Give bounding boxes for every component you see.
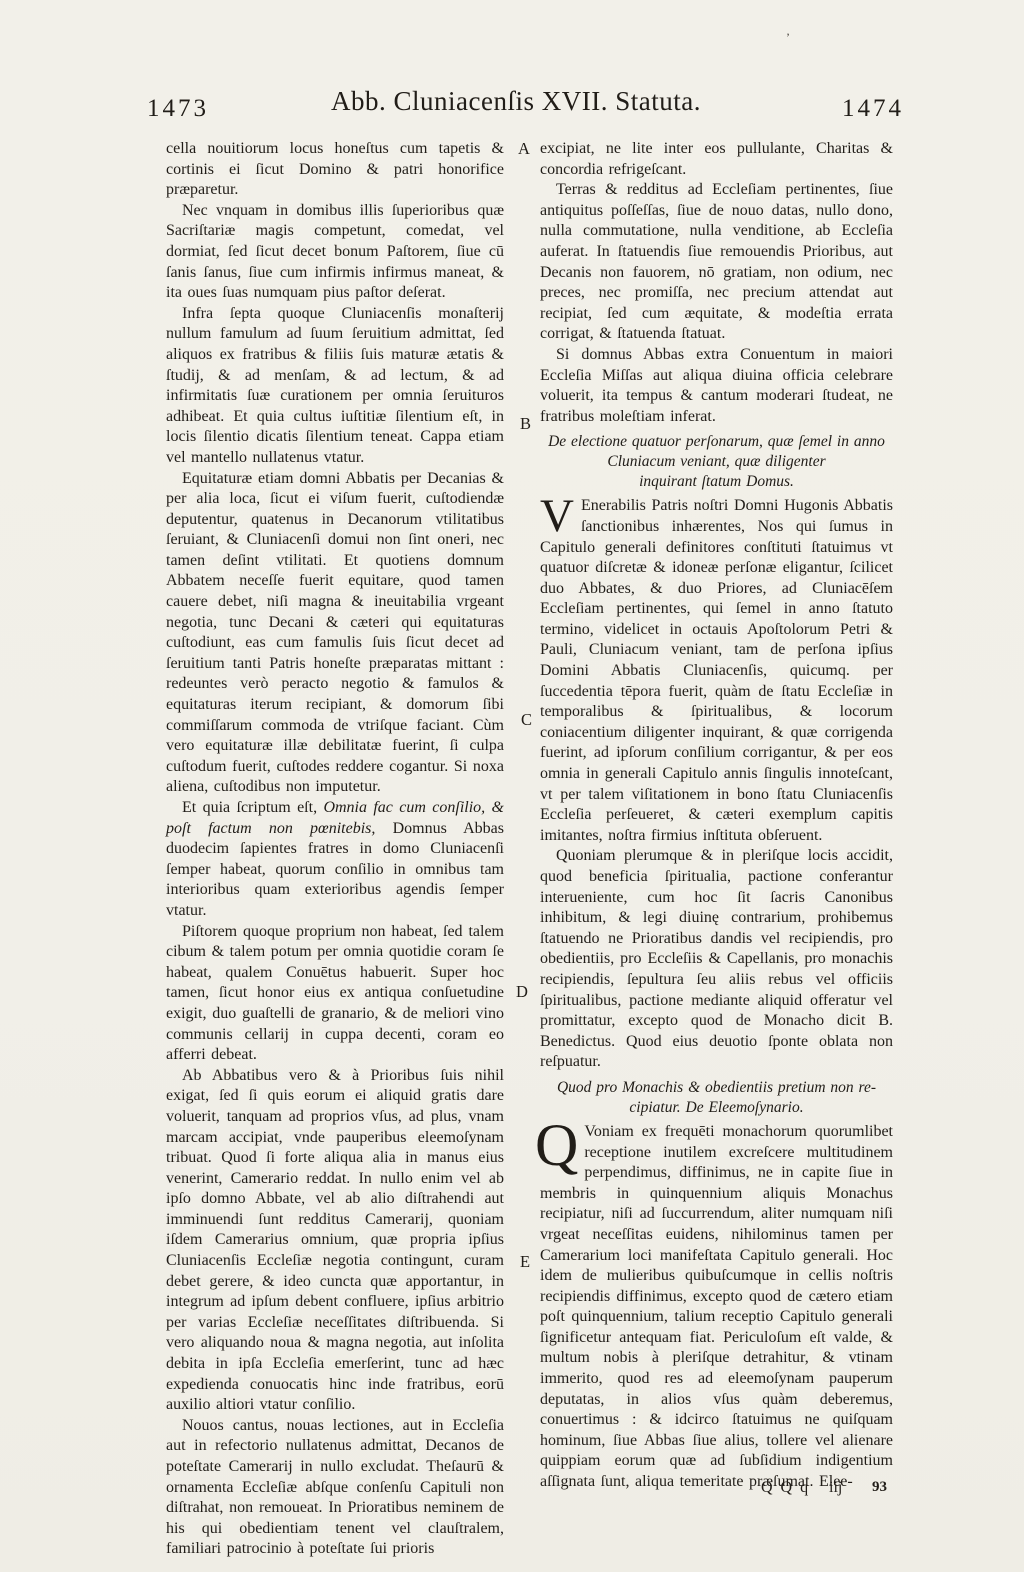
body-text: Enerabilis Patris noſtri Domni Hugonis A… xyxy=(540,497,893,844)
text-column-left: cella nouitiorum locus honeſtus cum tape… xyxy=(166,139,504,1560)
scan-speck: ’ xyxy=(786,30,790,45)
margin-section-letter: B xyxy=(520,414,531,434)
text-column-right: excipiat, ne lite inter eos pullulante, … xyxy=(540,139,893,1493)
drop-cap-initial: V xyxy=(540,496,581,535)
paragraph: Quoniam plerumque & in pleriſque locis a… xyxy=(540,846,893,1073)
margin-section-letter: A xyxy=(518,139,530,159)
page-number-left: 1473 xyxy=(147,95,209,123)
drop-cap-initial: Q xyxy=(535,1122,584,1166)
paragraph: QVoniam ex frequēti monachorum quorumlib… xyxy=(540,1122,893,1493)
heading-line: De electione quatuor perſonarum, quæ ſem… xyxy=(540,432,893,452)
margin-section-letter: E xyxy=(520,1252,530,1272)
body-text: Quoniam plerumque & in pleriſque locis a… xyxy=(540,847,893,1070)
sheet-number: 93 xyxy=(872,1479,887,1496)
paragraph: Equitaturæ etiam domni Abbatis per Decan… xyxy=(166,469,504,799)
body-text: Terras & redditus ad Eccleſiam pertinent… xyxy=(540,181,893,342)
paragraph: VEnerabilis Patris noſtri Domni Hugonis … xyxy=(540,496,893,846)
paragraph: Terras & redditus ad Eccleſiam pertinent… xyxy=(540,180,893,345)
paragraph: Et quia ſcriptum eſt, Omnia fac cum conſ… xyxy=(166,798,504,922)
paragraph: Infra ſepta quoque Cluniacenſis monaſter… xyxy=(166,304,504,469)
margin-section-letter: C xyxy=(521,710,532,730)
body-text: Et quia ſcriptum eſt, xyxy=(182,799,323,816)
section-heading: Quod pro Monachis & obedientiis pretium … xyxy=(540,1078,893,1118)
heading-line: cipiatur. De Eleemoſynario. xyxy=(540,1098,893,1118)
signature-line: Q Q q iij 93 xyxy=(540,1479,893,1501)
section-heading: De electione quatuor perſonarum, quæ ſem… xyxy=(540,432,893,492)
page-number-right: 1474 xyxy=(842,95,904,123)
heading-line: Quod pro Monachis & obedientiis pretium … xyxy=(540,1078,893,1098)
paragraph: Ab Abbatibus vero & à Prioribus ſuis nih… xyxy=(166,1066,504,1416)
margin-section-letter: D xyxy=(516,982,528,1002)
paragraph: cella nouitiorum locus honeſtus cum tape… xyxy=(166,139,504,201)
page-title: Abb. Cluniacenſis XVII. Statuta. xyxy=(331,86,701,117)
paragraph: excipiat, ne lite inter eos pullulante, … xyxy=(540,139,893,180)
body-text: cella nouitiorum locus honeſtus cum tape… xyxy=(166,140,504,198)
leaf-signature: iij xyxy=(829,1479,842,1497)
body-text: Infra ſepta quoque Cluniacenſis monaſter… xyxy=(166,305,504,466)
body-text: Nouos cantus, nouas lectiones, aut in Ec… xyxy=(166,1417,504,1558)
body-text: excipiat, ne lite inter eos pullulante, … xyxy=(540,140,893,178)
book-page-scan: 1473 Abb. Cluniacenſis XVII. Statuta. 14… xyxy=(0,0,1024,1572)
paragraph: Nouos cantus, nouas lectiones, aut in Ec… xyxy=(166,1416,504,1560)
heading-line: Cluniacum veniant, quæ diligenter xyxy=(540,452,893,472)
body-text: Ab Abbatibus vero & à Prioribus ſuis nih… xyxy=(166,1067,504,1414)
body-text: Piſtorem quoque proprium non habeat, ſed… xyxy=(166,923,504,1064)
body-text: Si domnus Abbas extra Conuentum in maior… xyxy=(540,346,893,425)
heading-line: inquirant ſtatum Domus. xyxy=(540,472,893,492)
gathering-signature: Q Q q xyxy=(761,1479,810,1497)
body-text: Nec vnquam in domibus illis ſuperioribus… xyxy=(166,202,504,301)
body-text: Equitaturæ etiam domni Abbatis per Decan… xyxy=(166,470,504,796)
paragraph: Si domnus Abbas extra Conuentum in maior… xyxy=(540,345,893,427)
body-text: Voniam ex frequēti monachorum quorumlibe… xyxy=(540,1123,893,1490)
paragraph: Piſtorem quoque proprium non habeat, ſed… xyxy=(166,922,504,1066)
paragraph: Nec vnquam in domibus illis ſuperioribus… xyxy=(166,201,504,304)
